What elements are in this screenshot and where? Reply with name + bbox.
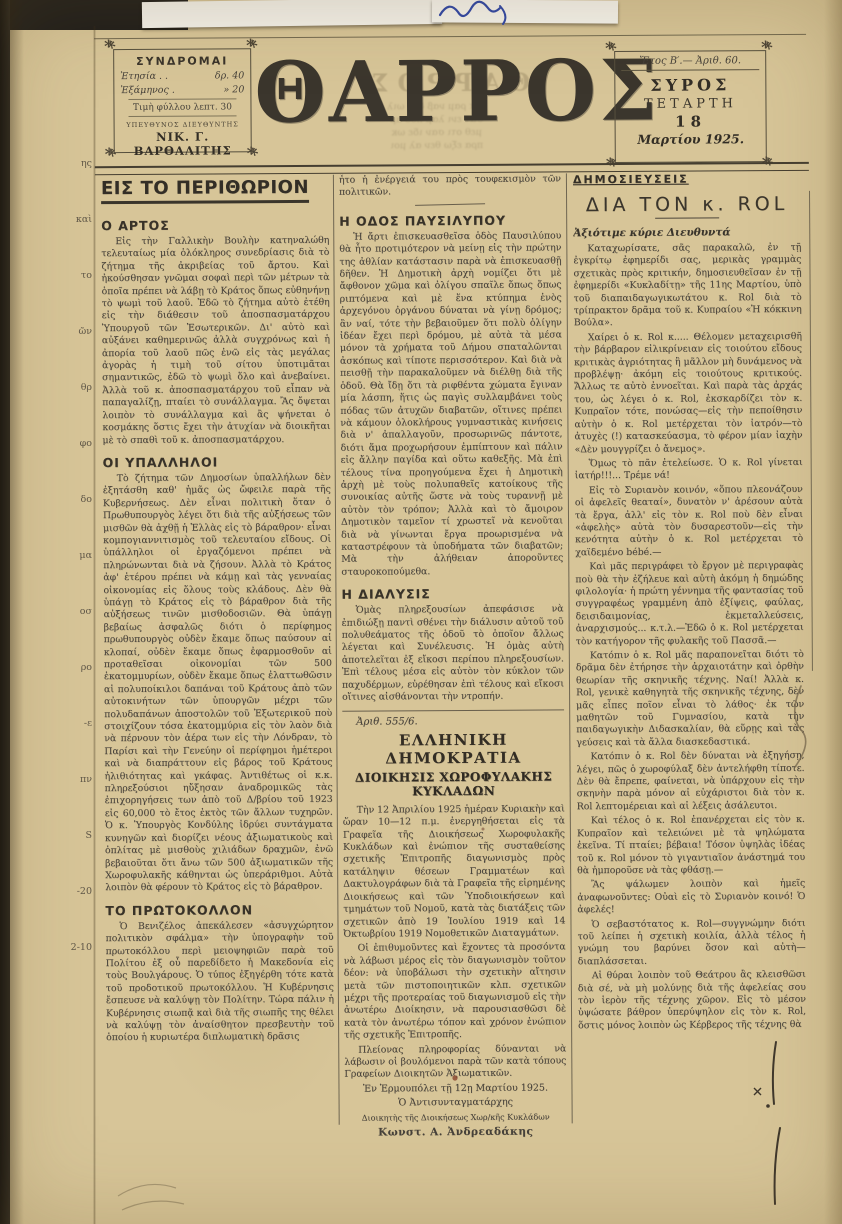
letter-paragraph: Αἱ θύραι λοιπὸν τοῦ Θεάτρου ἂς κλεισθῶσι… [578, 969, 806, 1032]
director-title: ΥΠΕΥΘΥΝΟΣ ΔΙΕΥΘΥΝΤΗΣ [121, 120, 245, 129]
rol-headline: ΔΙΑ ΤΟΝ κ. ROL [573, 193, 801, 216]
article-body: Ὁ Βενιζέλος ἀπεκάλεσεν «ἀσυγχώρητον πολι… [105, 919, 334, 1044]
divider [128, 98, 236, 100]
section-heading-ypalliloi: ΟΙ ΥΠΑΛΛΗΛΟΙ [103, 454, 331, 470]
article-body: Ὁμὰς πληρεξουσίων ἀπεφάσισε νὰ ἐπιδιώξῃ … [342, 604, 565, 705]
column-rule [333, 175, 340, 1125]
signature-role: Διοικητὴς τῆς Διοικήσεως Χωρ/κῆς Κυκλάδω… [345, 1111, 567, 1125]
signature-name: Κωνστ. Α. Ἀνδρεαδάκης [345, 1125, 567, 1139]
semiannual-label: Ἐξάμηνος . [120, 85, 175, 96]
scan-shadow [10, 0, 24, 1224]
letter-salutation: Ἀξιότιμε κύριε Διευθυντά [573, 226, 801, 239]
weekday: ΤΕΤΑΡΤΗ [621, 96, 759, 112]
letter-paragraph: Καὶ τέλος ὁ κ. Rol ἐπανέρχεται εἰς τὸν κ… [577, 814, 805, 877]
annual-value: δρ. 40 [215, 70, 245, 81]
annual-label: Ἐτησία . . [120, 71, 168, 82]
subscription-annual: Ἐτησία . . δρ. 40 [120, 70, 244, 82]
section-heading-artos: Ο ΑΡΤΟΣ [101, 217, 329, 233]
paper-scrap [432, 0, 618, 24]
article-body: Τὸ ζήτημα τῶν Δημοσίων ὑπαλλήλων δὲν ἐξη… [103, 472, 334, 895]
issue-box: Ἔτος Β′.— Ἀριθ. 60. ΣΥΡΟΣ ΤΕΤΑΡΤΗ 18 Μαρ… [614, 50, 767, 163]
city-name: ΣΥΡΟΣ [621, 75, 759, 95]
column1-title: ΕΙΣ ΤΟ ΠΕΡΙΘΩΡΙΟΝ [101, 177, 309, 204]
letter-paragraph: Ὁ σεβαστότατος κ. Rol—συγγνώμην διότι το… [577, 917, 805, 968]
article-body: Εἰς τὴν Γαλλικὴν Βουλὴν κατηναλώθη τελευ… [101, 235, 330, 447]
notice-paragraph: Τὴν 12 Ἀπριλίου 1925 ἡμέραν Κυριακὴν καὶ… [343, 803, 566, 941]
section-heading-protokollon: ΤΟ ΠΡΩΤΟΚΟΛΛΟΝ [105, 902, 333, 918]
corner-ornament-icon [761, 41, 775, 55]
paper-scrap [142, 0, 442, 28]
publications-label: ΔΗΜΟΣΙΕΥΣΕΙΣ [573, 172, 801, 186]
subscription-box: ΣΥΝΔΡΟΜΑΙ Ἐτησία . . δρ. 40 Ἐξάμηνος . »… [113, 48, 252, 153]
column3-right-rule [809, 191, 813, 671]
signature-rank: Ὁ Ἀντισυνταγματάρχης [345, 1097, 567, 1111]
letter-paragraph: Εἰς τὸ Συριανὸν κοινόν, «ὅπου πλεονάζουν… [575, 484, 803, 560]
section-rule [342, 710, 564, 712]
letter-paragraph: Ὅμως τὸ πᾶν ἐτελείωσε. Ὁ κ. Rol γίνεται … [575, 457, 803, 483]
letter-paragraph: Ἂς ψάλωμεν λοιπὸν καὶ ἡμεῖς ἀναφωνοῦντες… [577, 878, 805, 917]
scanner-left-edge [0, 0, 10, 1224]
day-number: 18 [622, 112, 760, 131]
year-issue-number: Ἔτος Β′.— Ἀριθ. 60. [621, 55, 759, 71]
article-body: Ἡ ἄρτι ἐπισκευασθεῖσα ὁδὸς Παυσιλύπου θὰ… [339, 230, 563, 579]
corner-ornament-icon [605, 42, 619, 56]
section-heading-odos: Η ΟΔΟΣ ΠΑΥΣΙΛΥΠΟΥ [339, 212, 561, 228]
notice-title: ΕΛΛΗΝΙΚΗ ΔΗΜΟΚΡΑΤΙΑ [342, 730, 564, 767]
letter-paragraph: Χαίρει ὁ κ. Rol κ..... Θέλομεν μεταχειρι… [574, 331, 803, 456]
column-1: ΕΙΣ ΤΟ ΠΕΡΙΘΩΡΙΟΝ Ο ΑΡΤΟΣ Εἰς τὴν Γαλλικ… [101, 175, 335, 1106]
masthead-title: ΘΑΡΡΟΣ [254, 42, 611, 142]
section-heading-dialysis: Η ΔΙΑΛΥΣΙΣ [341, 586, 563, 602]
letter-paragraph: Καταχωρίσατε, σᾶς παρακαλῶ, ἐν τῇ ἐγκρίτ… [573, 242, 802, 330]
corner-ornament-icon [104, 40, 118, 54]
carryover-text: ἦτο ἡ ἐνέργειά του πρὸς τουφεκισμὸν τῶν … [339, 173, 561, 199]
notice-place-date: Ἐν Ἑρμουπόλει τῇ 12ῃ Μαρτίου 1925. [344, 1082, 566, 1096]
corner-ornament-icon [247, 147, 261, 161]
headline-underline [655, 217, 719, 218]
letter-paragraph: Κατόπιν ὁ κ. Rol μᾶς παραπονεῖται διότι … [576, 649, 805, 750]
director-name: ΝΙΚ. Γ. ΒΑΡΘΑΛΙΤΗΣ [121, 129, 245, 158]
scanned-newspaper-screenshot: { "paper": { "background": "#d7c598", "i… [0, 0, 842, 1224]
column-rule [566, 173, 573, 1123]
divider [129, 115, 237, 117]
letter-paragraph: Κατόπιν ὁ κ. Rol δὲν δύναται νὰ ἐξηγήσῃ,… [576, 750, 804, 813]
newspaper-sheet: ΘΑΡΡΟΣ κοτ ραμ ναβ δης ωιλ σατ ενι λαμ π… [86, 26, 833, 1220]
column-3: ΔΗΜΟΣΙΕΥΣΕΙΣ ΔΙΑ ΤΟΝ κ. ROL Ἀξιότιμε κύρ… [573, 172, 807, 1163]
notice-paragraph: Πλείονας πληροφορίας δύνανται νὰ λάβωσιν… [344, 1043, 566, 1082]
end-rule [415, 203, 485, 206]
notice-subtitle: ΔΙΟΙΚΗΣΙΣ ΧΩΡΟΦΥΛΑΚΗΣ ΚΥΚΛΑΔΩΝ [343, 769, 565, 798]
notice-number: Ἀριθ. 555/6. [342, 716, 564, 730]
top-rule [94, 34, 806, 39]
letter-paragraph: Καὶ μᾶς περιγράφει τὸ ἔργον μὲ περιγραφὰ… [575, 560, 804, 648]
column-2: ἦτο ἡ ἐνέργειά του πρὸς τουφεκισμὸν τῶν … [339, 173, 567, 1194]
semiannual-value: » 20 [223, 84, 244, 95]
month-year: Μαρτίου 1925. [622, 131, 760, 147]
subscription-semiannual: Ἐξάμηνος . » 20 [120, 84, 244, 96]
notice-paragraph: Οἱ ἐπιθυμοῦντες καὶ ἔχοντες τὰ προσόντα … [344, 942, 567, 1043]
corner-ornament-icon [105, 148, 119, 162]
issue-price: Τιμὴ φύλλου λεπτ. 30 [120, 102, 244, 113]
subscription-title: ΣΥΝΔΡΟΜΑΙ [120, 54, 244, 68]
